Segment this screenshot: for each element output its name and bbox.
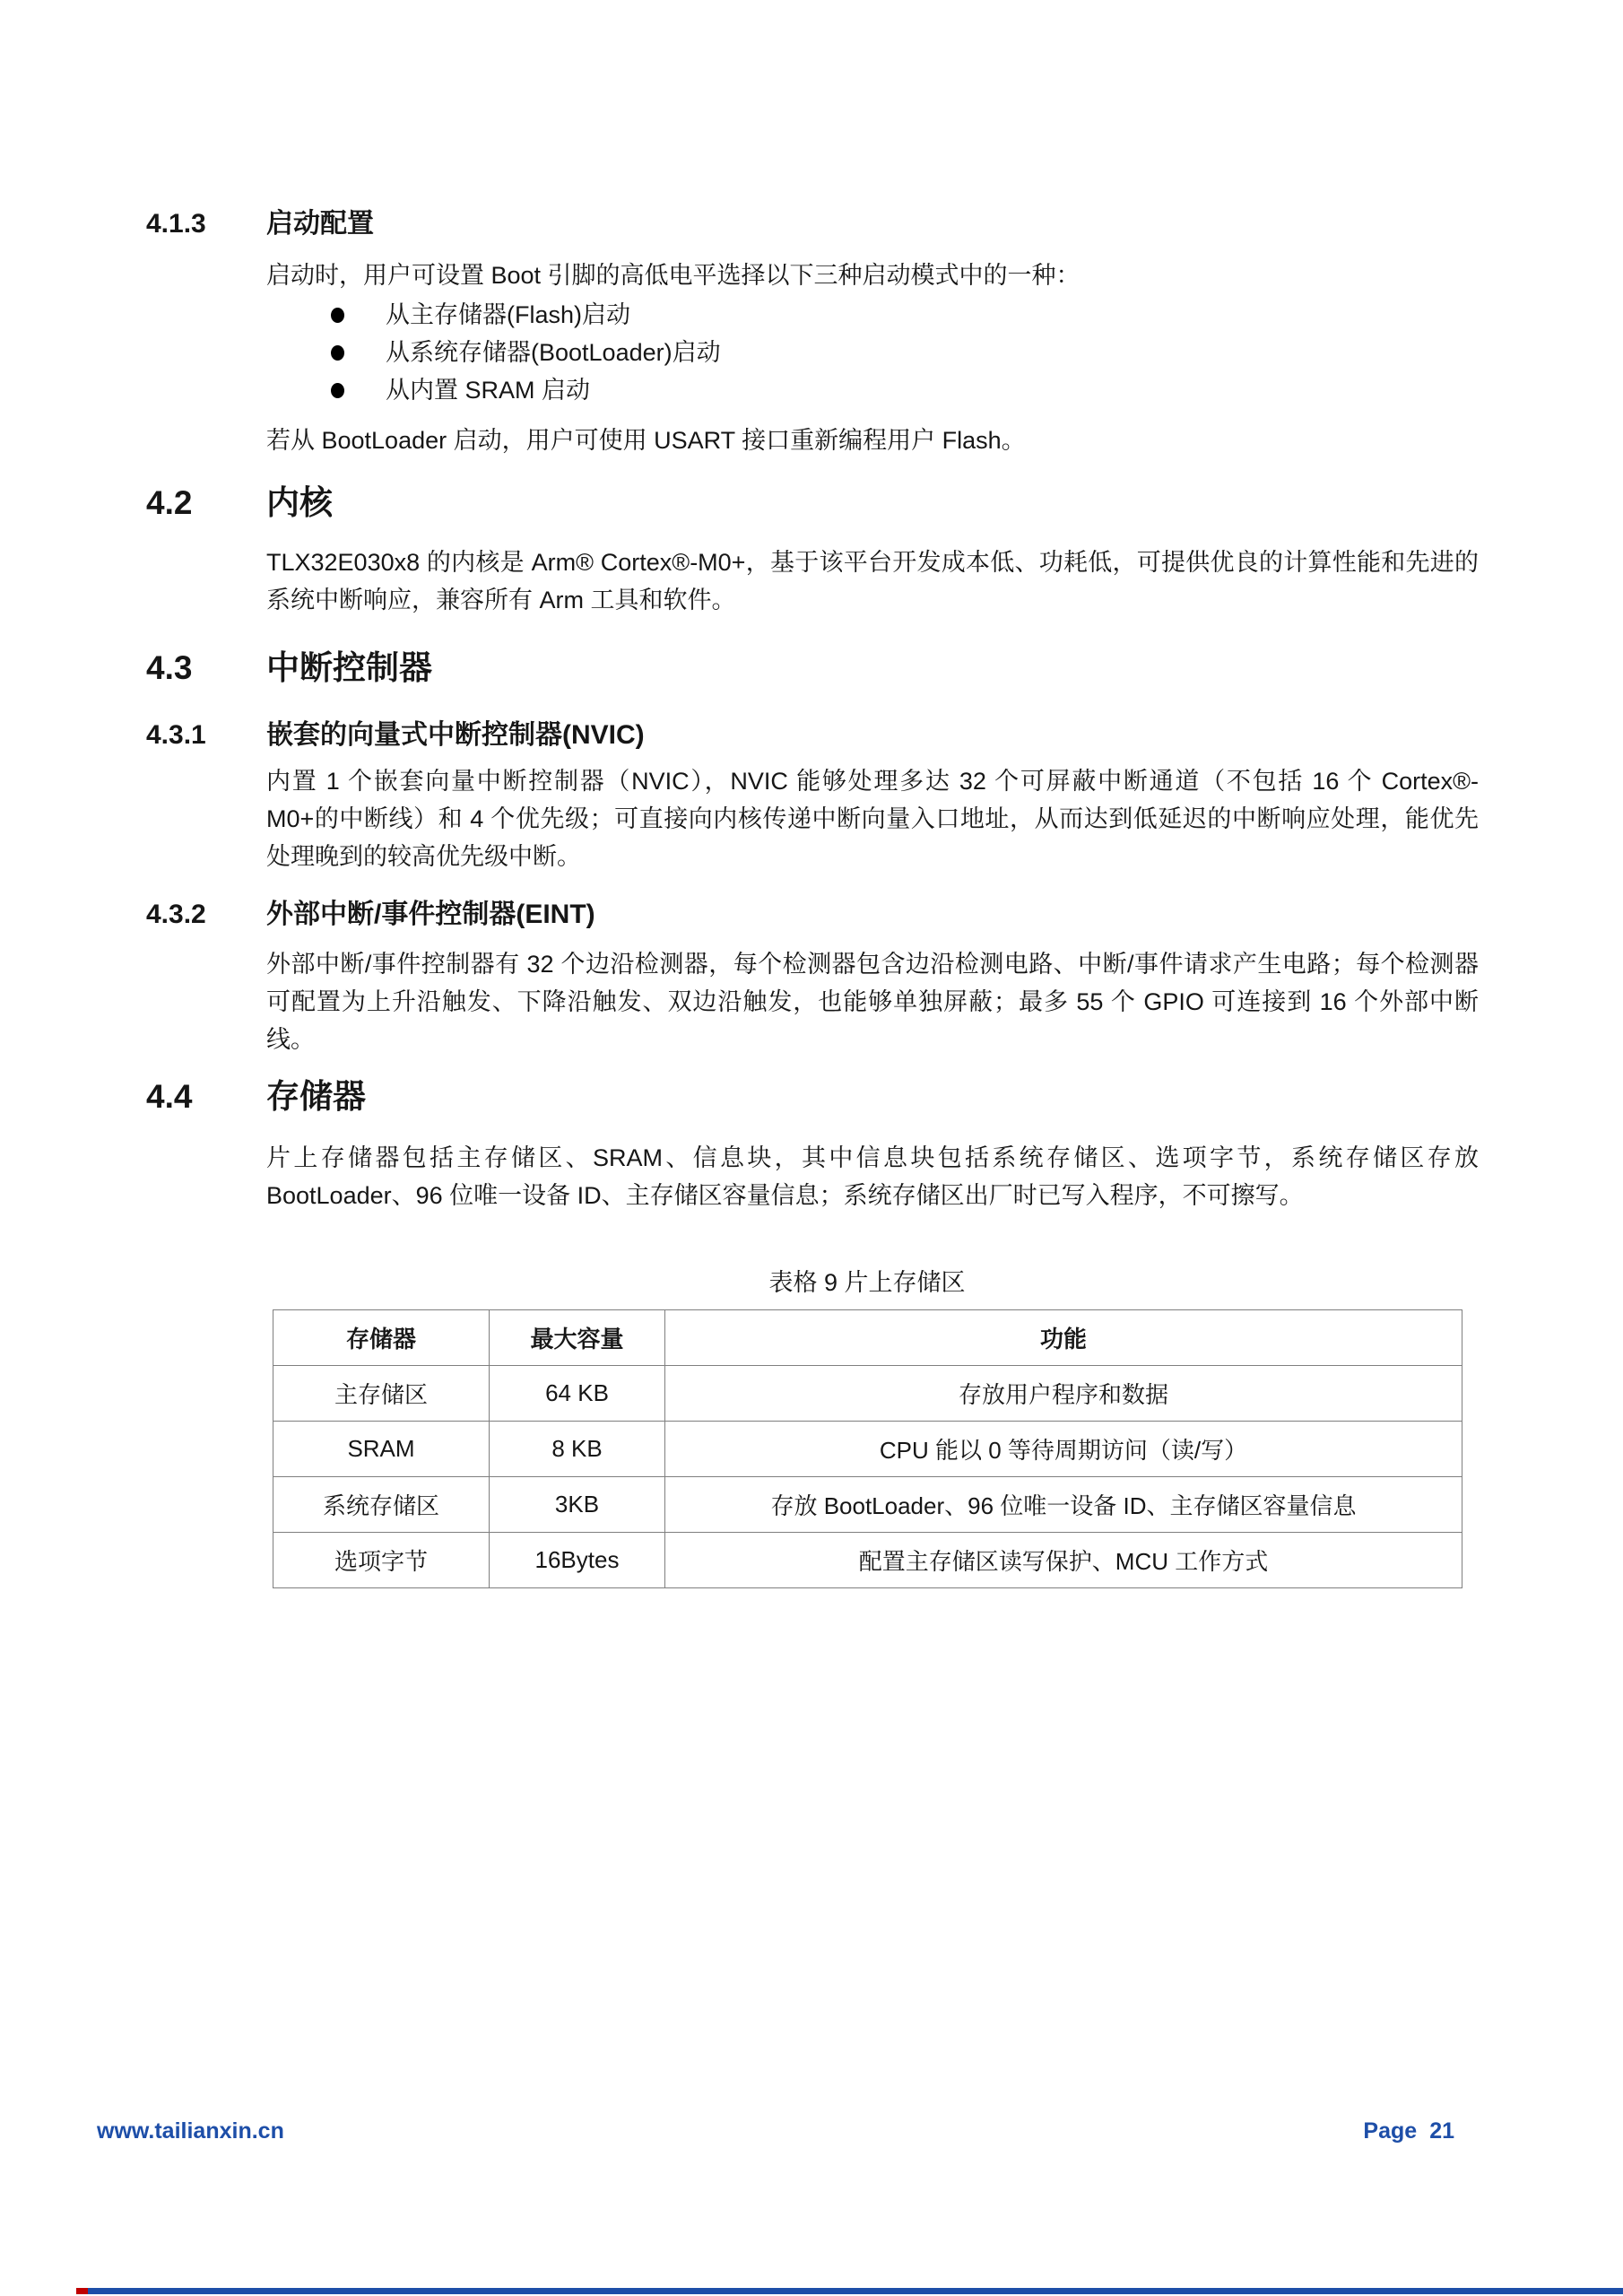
- boot-mode-list: 从主存储器(Flash)启动 从系统存储器(BootLoader)启动 从内置 …: [331, 296, 721, 409]
- table-row: SRAM 8 KB CPU 能以 0 等待周期访问（读/写）: [273, 1422, 1462, 1477]
- table-cell: 16Bytes: [490, 1533, 665, 1588]
- table-cell: 存放用户程序和数据: [665, 1366, 1462, 1422]
- boot-outro-paragraph: 若从 BootLoader 启动，用户可使用 USART 接口重新编程用户 Fl…: [266, 422, 1479, 459]
- table-row: 系统存储区 3KB 存放 BootLoader、96 位唯一设备 ID、主存储区…: [273, 1477, 1462, 1533]
- column-header: 功能: [665, 1310, 1462, 1366]
- bullet-icon: [331, 345, 344, 361]
- footer-rule: [76, 2288, 1623, 2294]
- footer-rule-blue-segment: [88, 2288, 1623, 2294]
- table-cell: 8 KB: [490, 1422, 665, 1477]
- table-row: 主存储区 64 KB 存放用户程序和数据: [273, 1366, 1462, 1422]
- table-caption: 表格 9 片上存储区: [273, 1263, 1462, 1298]
- table-cell: 主存储区: [273, 1366, 490, 1422]
- section-title: 嵌套的向量式中断控制器(NVIC): [266, 712, 645, 752]
- section-number: 4.3: [146, 649, 266, 687]
- list-item: 从主存储器(Flash)启动: [331, 296, 721, 334]
- table-cell: 系统存储区: [273, 1477, 490, 1533]
- column-header: 最大容量: [490, 1310, 665, 1366]
- table-cell: 配置主存储区读写保护、MCU 工作方式: [665, 1533, 1462, 1588]
- section-number: 4.3.1: [146, 720, 266, 751]
- boot-intro-paragraph: 启动时，用户可设置 Boot 引脚的高低电平选择以下三种启动模式中的一种：: [266, 257, 1479, 294]
- section-title: 外部中断/事件控制器(EINT): [266, 891, 595, 931]
- page-number: 21: [1429, 2118, 1454, 2144]
- footer-rule-red-segment: [76, 2288, 88, 2294]
- section-title: 内核: [266, 475, 333, 524]
- section-4-3-1-heading: 4.3.1 嵌套的向量式中断控制器(NVIC): [146, 712, 645, 752]
- section-4-4-heading: 4.4 存储器: [146, 1069, 366, 1118]
- bullet-icon: [331, 308, 344, 323]
- section-number: 4.3.2: [146, 900, 266, 930]
- list-item: 从系统存储器(BootLoader)启动: [331, 334, 721, 371]
- list-item: 从内置 SRAM 启动: [331, 371, 721, 409]
- table-cell: 64 KB: [490, 1366, 665, 1422]
- table-cell: 存放 BootLoader、96 位唯一设备 ID、主存储区容量信息: [665, 1477, 1462, 1533]
- datasheet-page: 4.1.3 启动配置 启动时，用户可设置 Boot 引脚的高低电平选择以下三种启…: [0, 0, 1623, 2296]
- footer-page-indicator: Page 21: [1363, 2118, 1454, 2144]
- eint-paragraph: 外部中断/事件控制器有 32 个边沿检测器，每个检测器包含边沿检测电路、中断/事…: [266, 945, 1479, 1058]
- table-header-row: 存储器 最大容量 功能: [273, 1310, 1462, 1366]
- table-row: 选项字节 16Bytes 配置主存储区读写保护、MCU 工作方式: [273, 1533, 1462, 1588]
- onchip-memory-table: 存储器 最大容量 功能 主存储区 64 KB 存放用户程序和数据 SRAM 8 …: [273, 1309, 1462, 1588]
- section-title: 存储器: [266, 1069, 366, 1118]
- bullet-icon: [331, 383, 344, 398]
- table-cell: 选项字节: [273, 1533, 490, 1588]
- nvic-paragraph: 内置 1 个嵌套向量中断控制器（NVIC），NVIC 能够处理多达 32 个可屏…: [266, 762, 1479, 875]
- footer-website-link[interactable]: www.tailianxin.cn: [97, 2118, 284, 2144]
- page-label: Page: [1363, 2118, 1417, 2144]
- section-title: 启动配置: [266, 201, 374, 240]
- table-cell: CPU 能以 0 等待周期访问（读/写）: [665, 1422, 1462, 1477]
- memory-paragraph: 片上存储器包括主存储区、SRAM、信息块，其中信息块包括系统存储区、选项字节，系…: [266, 1139, 1479, 1214]
- list-item-label: 从系统存储器(BootLoader)启动: [386, 334, 721, 371]
- core-paragraph: TLX32E030x8 的内核是 Arm® Cortex®-M0+，基于该平台开…: [266, 544, 1479, 619]
- section-4-2-heading: 4.2 内核: [146, 475, 333, 524]
- section-number: 4.1.3: [146, 209, 266, 239]
- list-item-label: 从内置 SRAM 启动: [386, 371, 590, 409]
- section-title: 中断控制器: [266, 640, 432, 689]
- section-4-3-heading: 4.3 中断控制器: [146, 640, 432, 689]
- section-4-1-3-heading: 4.1.3 启动配置: [146, 201, 374, 240]
- list-item-label: 从主存储器(Flash)启动: [386, 296, 630, 334]
- table-cell: SRAM: [273, 1422, 490, 1477]
- section-4-3-2-heading: 4.3.2 外部中断/事件控制器(EINT): [146, 891, 595, 931]
- column-header: 存储器: [273, 1310, 490, 1366]
- section-number: 4.4: [146, 1078, 266, 1116]
- section-number: 4.2: [146, 484, 266, 522]
- table-cell: 3KB: [490, 1477, 665, 1533]
